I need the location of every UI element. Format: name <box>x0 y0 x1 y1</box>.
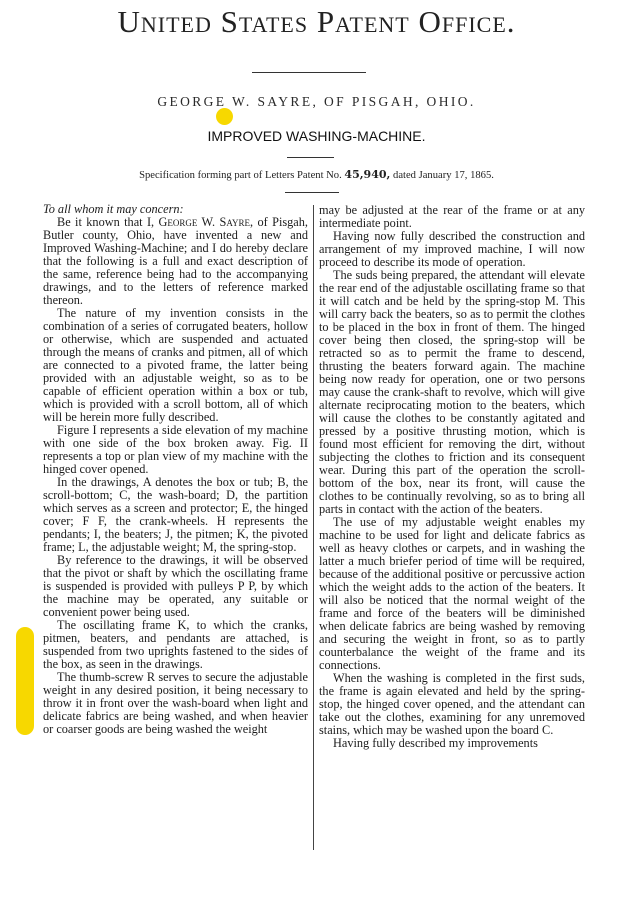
column-divider <box>313 205 314 850</box>
patent-number: 45,940, <box>344 168 390 181</box>
text: of Pisgah, Butler county, Ohio, have inv… <box>43 215 308 307</box>
inventor-line: GEORGE W. SAYRE, OF PISGAH, OHIO. <box>0 94 633 110</box>
specification-line: Specification forming part of Letters Pa… <box>0 168 633 181</box>
invention-rule <box>287 157 334 158</box>
spec-prefix: Specification forming part of Letters Pa… <box>139 170 342 181</box>
text: Be it known that I, <box>57 215 154 229</box>
paragraph: Having fully described my improvements <box>319 737 585 750</box>
invention-title: IMPROVED WASHING-MACHINE. <box>0 128 633 144</box>
spec-rule <box>285 192 339 193</box>
paragraph: In the drawings, A denotes the box or tu… <box>43 476 308 554</box>
paragraph: The nature of my invention consists in t… <box>43 307 308 424</box>
paragraph: The suds being prepared, the attendant w… <box>319 269 585 516</box>
paragraph: The oscillating frame K, to which the cr… <box>43 619 308 671</box>
left-column: To all whom it may concern: Be it known … <box>43 203 308 736</box>
paragraph: Figure I represents a side elevation of … <box>43 424 308 476</box>
office-title: United States Patent Office. <box>0 4 633 40</box>
highlight-dot <box>216 108 233 125</box>
inventor-name: George W. Sayre, <box>159 215 254 229</box>
paragraph: When the washing is completed in the fir… <box>319 672 585 737</box>
paragraph: The thumb-screw R serves to secure the a… <box>43 671 308 736</box>
highlight-bar <box>16 627 34 735</box>
paragraph: By reference to the drawings, it will be… <box>43 554 308 619</box>
right-column: may be adjusted at the rear of the frame… <box>319 204 585 750</box>
paragraph: The use of my adjustable weight enables … <box>319 516 585 672</box>
paragraph: may be adjusted at the rear of the frame… <box>319 204 585 230</box>
paragraph: Be it known that I, George W. Sayre, of … <box>43 216 308 307</box>
title-rule <box>252 72 366 73</box>
spec-date: dated January 17, 1865. <box>393 170 494 181</box>
paragraph: Having now fully described the construc­… <box>319 230 585 269</box>
